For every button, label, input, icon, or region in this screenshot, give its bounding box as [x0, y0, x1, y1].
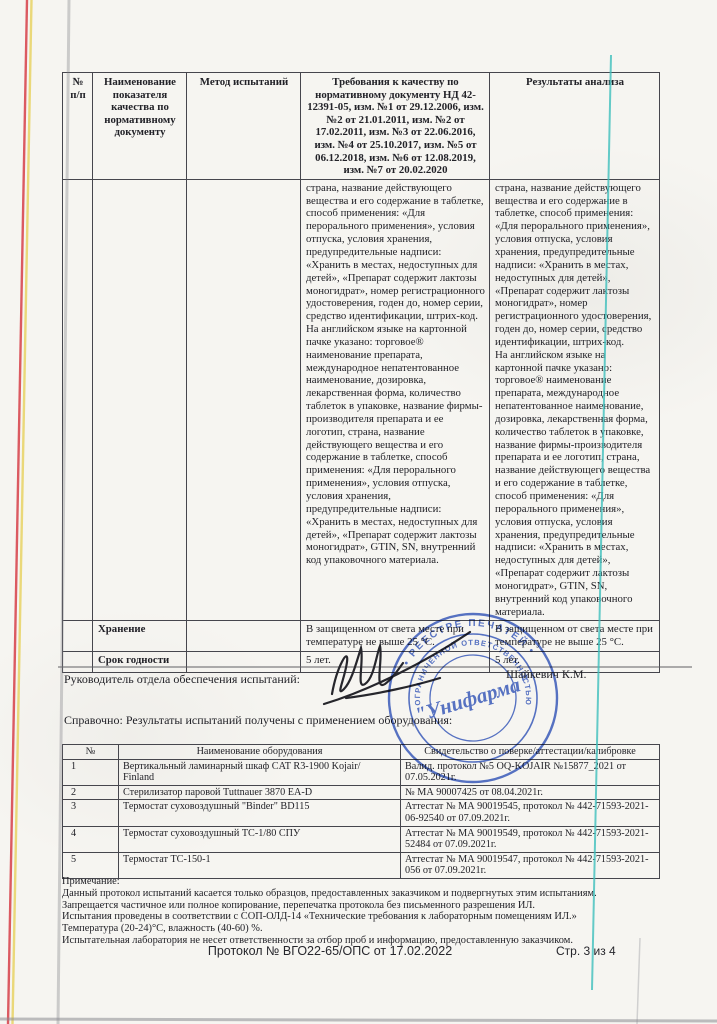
col-header-method: Метод испытаний: [187, 73, 301, 180]
equipment-header-row: № Наименование оборудования Свидетельств…: [63, 745, 660, 760]
note-line: Температура (20-24)°С, влажность (40-60)…: [62, 923, 666, 935]
signer-name: Шайкевич К.М.: [506, 667, 587, 682]
equipment-row: 4 Термостат суховоздушный ТС-1/80 СПУ Ат…: [63, 826, 660, 852]
cell-method: [187, 179, 301, 621]
col-header-result: Результаты анализа: [490, 73, 660, 180]
equip-name: Термостат ТС-150-1: [119, 852, 401, 878]
equip-num: 2: [63, 785, 119, 800]
quality-table: № п/п Наименование показателя качества п…: [62, 72, 660, 673]
equip-name: Термостат суховоздушный "Binder" BD115: [119, 800, 401, 826]
equipment-row: 2 Стерилизатор паровой Tuttnauer 3870 EA…: [63, 785, 660, 800]
signature-role-label: Руководитель отдела обеспечения испытани…: [64, 672, 300, 687]
faint-fold-line: [637, 938, 640, 1024]
protocol-number-line: Протокол № ВГО22-65/ОПС от 17.02.2022: [165, 944, 495, 958]
col-header-indicator: Наименование показателя качества по норм…: [93, 73, 187, 180]
red-edge-line: [8, 0, 27, 1024]
equip-certificate: Аттестат № МА 90019549, протокол № 442-7…: [401, 826, 660, 852]
equipment-row: 3 Термостат суховоздушный "Binder" BD115…: [63, 800, 660, 826]
scanned-protocol-page: № п/п Наименование показателя качества п…: [0, 0, 717, 1024]
equip-certificate: Аттестат № МА 90019545, протокол № 442-7…: [401, 800, 660, 826]
note-line: Испытания проведены в соответствии с СОП…: [62, 911, 666, 923]
cell-indicator: [93, 179, 187, 621]
equip-num: 1: [63, 759, 119, 785]
notes-block: Примечание: Данный протокол испытаний ка…: [62, 876, 666, 947]
notes-title: Примечание:: [62, 876, 666, 888]
page-bottom-shadow: [0, 1019, 717, 1021]
cell-result: страна, название действующего вещества и…: [490, 179, 660, 621]
equipment-table: № Наименование оборудования Свидетельств…: [62, 744, 660, 879]
note-line: Запрещается частичное или полное копиров…: [62, 900, 666, 912]
cell-method: [187, 652, 301, 673]
equipment-row: 5 Термостат ТС-150-1 Аттестат № МА 90019…: [63, 852, 660, 878]
equip-col-num: №: [63, 745, 119, 760]
equip-name: Стерилизатор паровой Tuttnauer 3870 EA-D: [119, 785, 401, 800]
equip-num: 4: [63, 826, 119, 852]
cell-method: [187, 621, 301, 652]
equip-col-name: Наименование оборудования: [119, 745, 401, 760]
cell-requirement: страна, название действующего вещества и…: [301, 179, 490, 621]
equip-num: 3: [63, 800, 119, 826]
cell-num: [63, 621, 93, 652]
cell-num: [63, 652, 93, 673]
quality-table-header-row: № п/п Наименование показателя качества п…: [63, 73, 660, 180]
note-line: Данный протокол испытаний касается тольк…: [62, 888, 666, 900]
cell-num: [63, 179, 93, 621]
yellow-edge-line: [13, 0, 32, 1024]
cell-indicator: Хранение: [93, 621, 187, 652]
equip-certificate: Аттестат № МА 90019547, протокол № 442-7…: [401, 852, 660, 878]
page-number: Стр. 3 из 4: [556, 944, 616, 958]
col-header-num: № п/п: [63, 73, 93, 180]
equip-name: Вертикальный ламинарный шкаф CAT R3-1900…: [119, 759, 401, 785]
table-row-continued: страна, название действующего вещества и…: [63, 179, 660, 621]
col-header-requirement: Требования к качеству по нормативному до…: [301, 73, 490, 180]
company-stamp-icon: • РЕЕСТРЕ ПЕЧАТЕЙ • С ОГРАНИЧЕННОЙ ОТВЕТ…: [378, 603, 569, 794]
equip-name: Термостат суховоздушный ТС-1/80 СПУ: [119, 826, 401, 852]
equipment-row: 1 Вертикальный ламинарный шкаф CAT R3-19…: [63, 759, 660, 785]
equip-num: 5: [63, 852, 119, 878]
cell-indicator: Срок годности: [93, 652, 187, 673]
